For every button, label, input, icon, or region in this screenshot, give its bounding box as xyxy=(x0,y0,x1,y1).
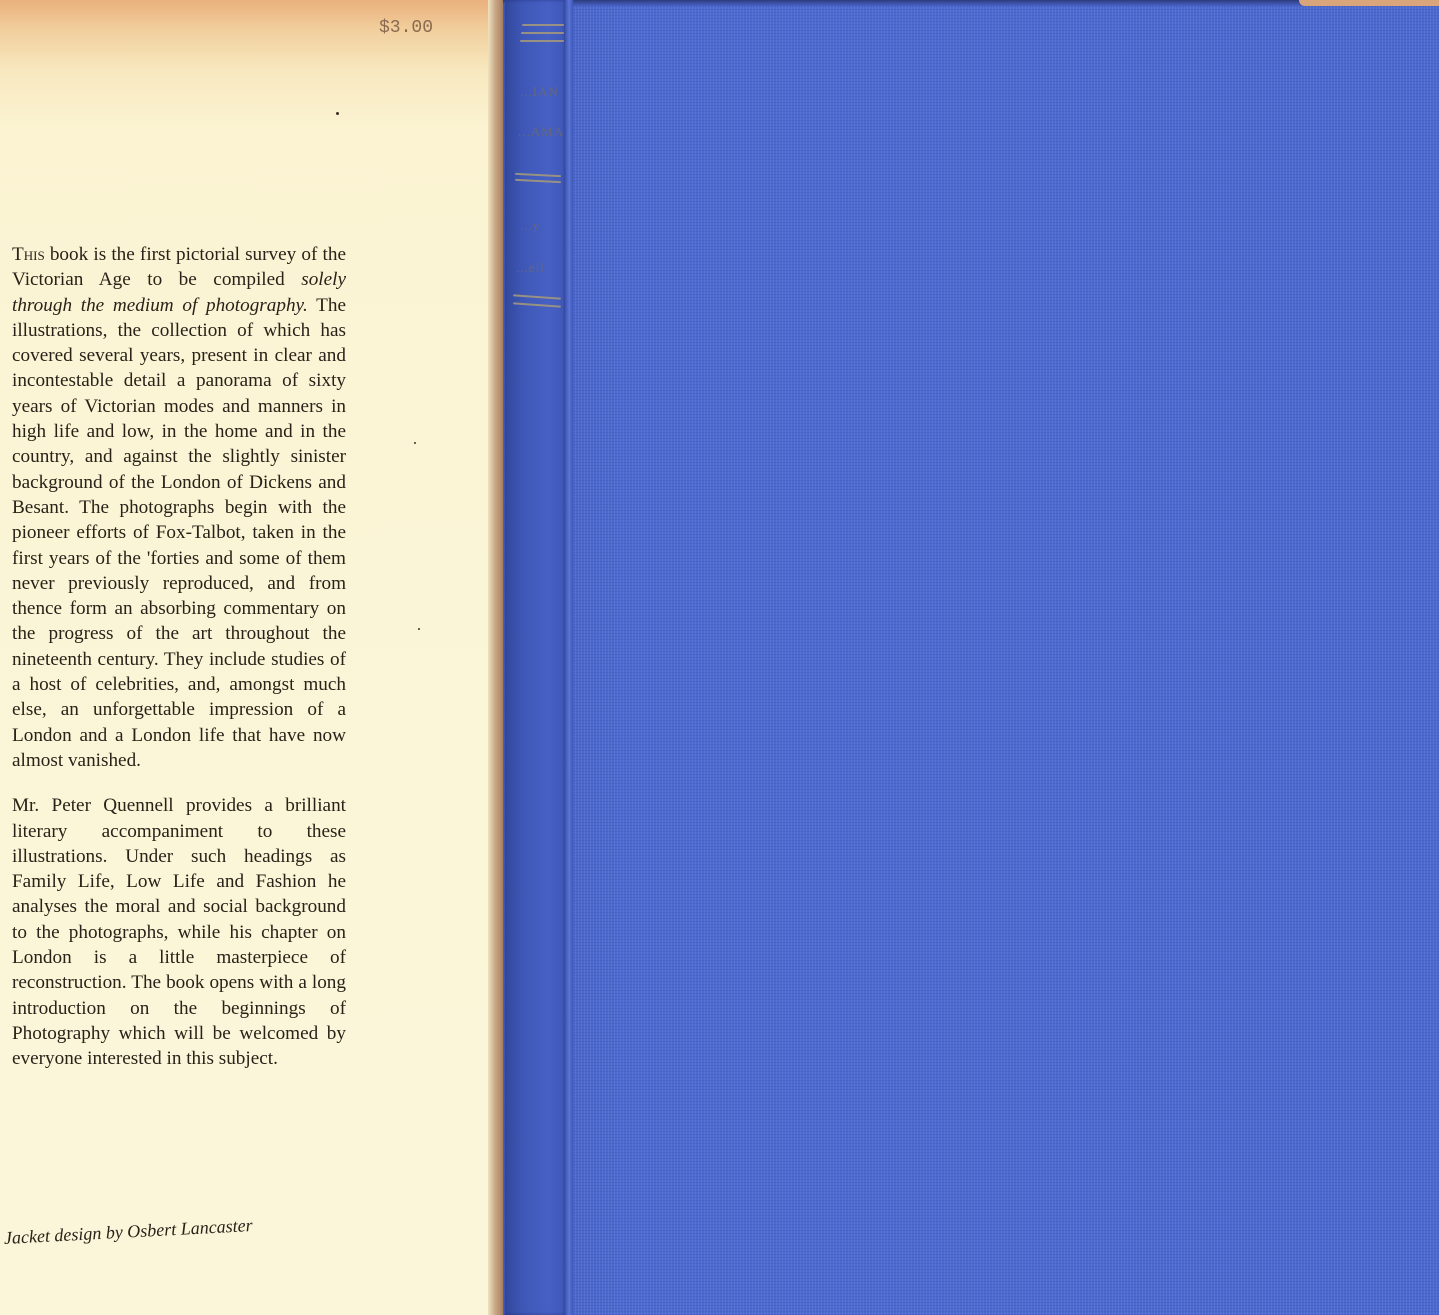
blurb-paragraph-1: This book is the first pictorial survey … xyxy=(12,242,346,773)
paper-speck xyxy=(414,442,416,444)
spine-gilt-rule xyxy=(522,24,564,26)
lead-word: This xyxy=(12,244,45,265)
jacket-peek-top xyxy=(1299,0,1439,6)
spine-gilt-rule xyxy=(520,40,564,42)
spine-author-fragment: ...ell xyxy=(516,260,545,276)
book-spine xyxy=(505,0,567,1315)
spine-gilt-rule xyxy=(521,32,564,34)
spine-title-fragment: ...IAN xyxy=(520,84,559,100)
blurb-paragraph-2: Mr. Peter Quennell provides a brilliant … xyxy=(12,793,346,1071)
spine-author-fragment: ...y xyxy=(520,218,540,234)
book-cover-cloth xyxy=(503,0,1439,1315)
price-label: $3.00 xyxy=(379,18,433,38)
jacket-blurb: This book is the first pictorial survey … xyxy=(12,242,346,1072)
spine-hinge xyxy=(565,0,573,1315)
blurb-text: book is the first pictorial survey of th… xyxy=(12,244,346,290)
blurb-text: The illustrations, the collection of whi… xyxy=(12,295,346,771)
paper-speck xyxy=(418,628,420,630)
spine-title-fragment: ...AMA xyxy=(518,124,564,140)
paper-speck xyxy=(336,112,339,115)
